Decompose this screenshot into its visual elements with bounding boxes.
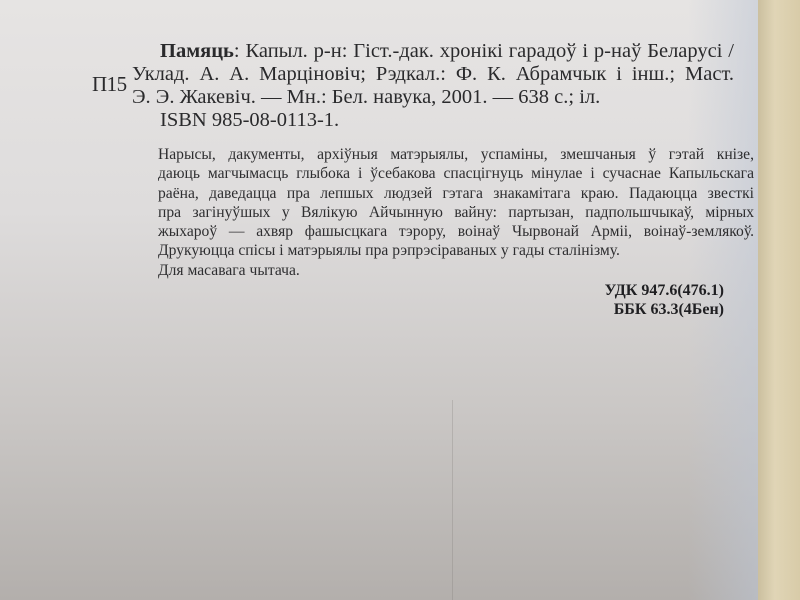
book-title: Памяць bbox=[160, 40, 234, 62]
title-details: : Капыл. р-н: Гіст.-дак. хронікі гарадоў… bbox=[234, 40, 734, 62]
annotation-paragraph: Нарысы, дакументы, архіўныя матэрыялы, у… bbox=[158, 145, 754, 280]
shelfmark-code: П15 bbox=[92, 72, 127, 97]
annotation-line: Друкуюцца спісы і матэрыялы пра рэпрэсір… bbox=[158, 241, 754, 260]
annotation-line: жыхароў — ахвяр фашысцкага тэрору, воіна… bbox=[158, 222, 754, 241]
bbk-code: ББК 63.3(4Бен) bbox=[605, 300, 724, 319]
adjacent-page-edge bbox=[758, 0, 800, 600]
entry-title-line: Памяць: Капыл. р-н: Гіст.-дак. хронікі г… bbox=[132, 40, 734, 63]
annotation-line: даюць магчымасць глыбока і ўсебакова спа… bbox=[158, 164, 754, 183]
page-crease bbox=[452, 400, 453, 600]
udk-code: УДК 947.6(476.1) bbox=[605, 281, 724, 300]
isbn: ISBN 985-08-0113-1. bbox=[132, 109, 734, 132]
entry-publication-line: Э. Э. Жакевіч. — Мн.: Бел. навука, 2001.… bbox=[132, 86, 734, 109]
bibliographic-entry: Памяць: Капыл. р-н: Гіст.-дак. хронікі г… bbox=[132, 40, 734, 132]
annotation-line: раёна, даведацца пра лепшых людзей гэтаг… bbox=[158, 184, 754, 203]
annotation-line: пра загінуўшых у Вялікую Айчынную вайну:… bbox=[158, 203, 754, 222]
entry-compilers-line: Уклад. А. А. Марціновіч; Рэдкал.: Ф. К. … bbox=[132, 63, 734, 86]
classification-codes: УДК 947.6(476.1) ББК 63.3(4Бен) bbox=[605, 281, 724, 319]
annotation-line: Нарысы, дакументы, архіўныя матэрыялы, у… bbox=[158, 145, 754, 164]
audience-note: Для масавага чытача. bbox=[158, 261, 754, 280]
